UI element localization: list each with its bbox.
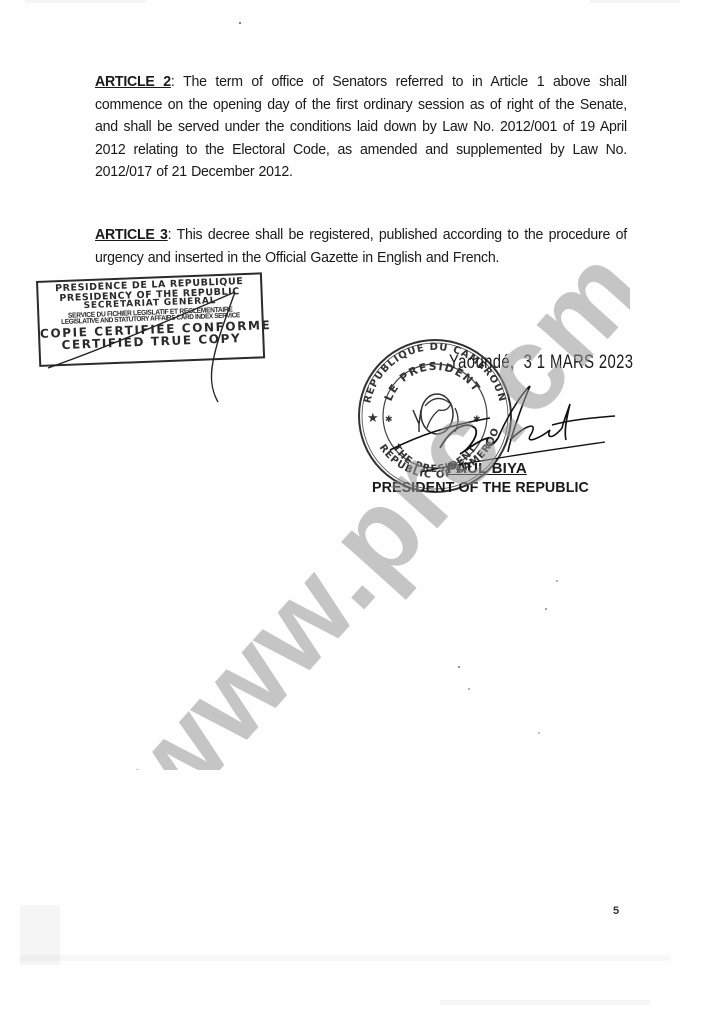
article-2-text: The term of office of Senators referred …: [95, 73, 627, 180]
signer-name: PAUL BIYA: [447, 460, 527, 477]
certified-copy-stamp: PRESIDENCE DE LA REPUBLIQUE PRESIDENCY O…: [36, 272, 265, 367]
speck: [239, 22, 241, 24]
signature-place: Yaoundé,: [449, 352, 514, 373]
article-3-text: This decree shall be registered, publish…: [95, 226, 627, 266]
speck: [545, 608, 547, 610]
scan-artifact-top: [25, 0, 145, 3]
scan-artifact-top-right: [590, 0, 680, 3]
article-3-heading: ARTICLE 3: [95, 226, 168, 243]
seal-star-inner-right-icon: ✱: [473, 414, 481, 424]
page-number: 5: [613, 905, 619, 917]
article-3: ARTICLE 3: This decree shall be register…: [95, 224, 627, 269]
speck: [468, 688, 470, 690]
signature-month-year: MARS 2023: [550, 352, 633, 373]
seal-star-left-icon: ★: [367, 410, 379, 425]
document-page: ARTICLE 2: The term of office of Senator…: [0, 0, 723, 1024]
speck: [458, 666, 460, 668]
article-2: ARTICLE 2: The term of office of Senator…: [95, 71, 627, 184]
scan-artifact-left-edge: [20, 905, 60, 965]
article-2-heading: ARTICLE 2: [95, 73, 171, 90]
seal-star-inner-icon: ✱: [385, 414, 393, 424]
signer-title: PRESIDENT OF THE REPUBLIC: [372, 479, 589, 496]
speck: [538, 732, 540, 734]
scan-artifact-bottom-line-2: [440, 1000, 650, 1005]
scan-artifact-bottom-line: [20, 955, 670, 961]
signature-date: Yaoundé, 3 1 MARS 2023: [449, 352, 633, 374]
speck: [556, 580, 558, 582]
signature-day: 3 1: [524, 352, 546, 373]
